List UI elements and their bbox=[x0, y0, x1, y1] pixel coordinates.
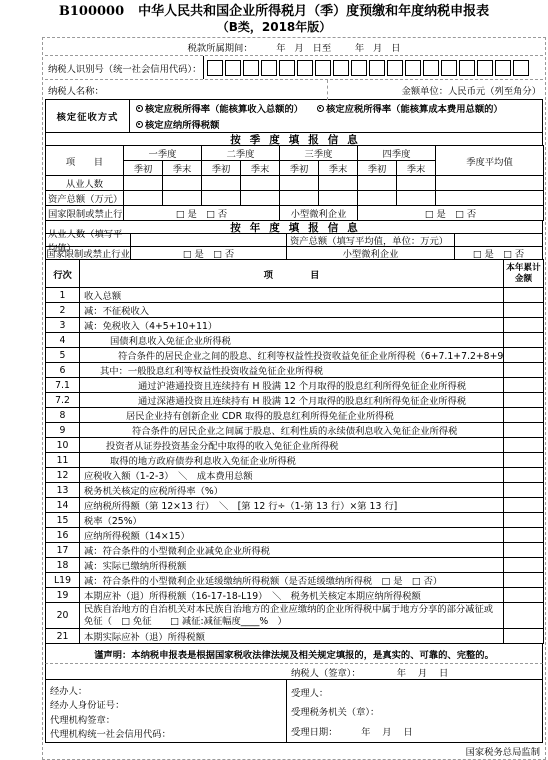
taxpayer-id-box[interactable] bbox=[477, 60, 493, 76]
table-row: 12应税收入额（1-2-3） ＼ 成本费用总额 bbox=[46, 468, 544, 483]
q2-header: 二季度 bbox=[202, 146, 280, 161]
col-header-item: 项 目 bbox=[80, 260, 504, 288]
row-number: 10 bbox=[46, 438, 80, 453]
taxpayer-id-box[interactable] bbox=[333, 60, 349, 76]
annual-row-2: 国家限制或禁止行业 □ 是 □ 否 小型微利企业 □ 是 □ 否 bbox=[45, 246, 543, 260]
row-number: 20 bbox=[46, 603, 80, 629]
levy-option-2[interactable]: 核定应税所得率（能核算成本费用总额的） bbox=[317, 101, 503, 115]
amount-cell[interactable] bbox=[504, 288, 544, 303]
taxpayer-id-box[interactable] bbox=[243, 60, 259, 76]
row-label: 税率（25%） bbox=[80, 513, 504, 528]
input-cell[interactable] bbox=[319, 191, 358, 206]
table-row: 6其中：一般股息红利等权益性投资收益免征企业所得税 bbox=[46, 363, 544, 378]
table-row: 14应纳税所得额（第 12×13 行） ＼ [第 12 行÷（1-第 13 行）… bbox=[46, 498, 544, 513]
sub-header-end: 季末 bbox=[241, 161, 280, 176]
row-label: 本期应补（退）所得税额（16-17-18-L19） ＼ 税务机关核定本期应纳所得… bbox=[80, 588, 504, 603]
input-cell[interactable] bbox=[319, 176, 358, 191]
amount-cell[interactable] bbox=[504, 483, 544, 498]
table-row: 16应纳所得税额（14×15） bbox=[46, 528, 544, 543]
row-number: 9 bbox=[46, 423, 80, 438]
table-row: L19减：符合条件的小型微利企业延缓缴纳所得税额（是否延缓缴纳所得税 □ 是 □… bbox=[46, 573, 544, 588]
taxpayer-id-box[interactable] bbox=[513, 60, 529, 76]
amount-cell[interactable] bbox=[504, 498, 544, 513]
taxpayer-id-box[interactable] bbox=[261, 60, 277, 76]
input-cell[interactable] bbox=[241, 176, 280, 191]
taxpayer-id-box[interactable] bbox=[297, 60, 313, 76]
row-number: L19 bbox=[46, 573, 80, 588]
col-header-row-no: 行次 bbox=[46, 260, 80, 288]
signature-date[interactable]: 年 月 日 bbox=[397, 665, 449, 679]
amount-cell[interactable] bbox=[504, 348, 544, 363]
row-number: 21 bbox=[46, 629, 80, 644]
amount-cell[interactable] bbox=[504, 378, 544, 393]
footer-line: 受理人： bbox=[291, 685, 542, 699]
radio-icon[interactable] bbox=[136, 121, 143, 128]
annual-small-micro-yes-no-checkboxes[interactable]: □ 是 □ 否 bbox=[454, 247, 542, 259]
levy-option-3[interactable]: 核定应纳所得税额 bbox=[136, 117, 219, 131]
amount-cell[interactable] bbox=[504, 513, 544, 528]
row-label: 居民企业持有创新企业 CDR 取得的股息红利所得免征企业所得税 bbox=[80, 408, 504, 423]
input-cell[interactable] bbox=[397, 191, 436, 206]
table-row: 21本期实际应补（退）所得税额 bbox=[46, 629, 544, 644]
row-number: 7.1 bbox=[46, 378, 80, 393]
form-code: B100000 bbox=[59, 4, 124, 19]
levy-method-label: 核定征收方式 bbox=[46, 100, 130, 133]
form-title: B100000中华人民共和国企业所得税月（季）度预缴和年度纳税申报表 bbox=[0, 4, 548, 20]
amount-cell[interactable] bbox=[504, 468, 544, 483]
tax-form-sheet: B100000中华人民共和国企业所得税月（季）度预缴和年度纳税申报表 （B类，2… bbox=[0, 0, 548, 741]
amount-cell[interactable] bbox=[504, 363, 544, 378]
input-cell[interactable] bbox=[202, 176, 241, 191]
table-row: 20民族自治地方的自治机关对本民族自治地方的企业应缴纳的企业所得税中属于地方分享… bbox=[46, 603, 544, 629]
sub-header-begin: 季初 bbox=[280, 161, 319, 176]
row-number: 3 bbox=[46, 318, 80, 333]
row-number: 6 bbox=[46, 363, 80, 378]
row-number: 13 bbox=[46, 483, 80, 498]
footer-line: 经办人： bbox=[50, 683, 286, 697]
form-title-block: B100000中华人民共和国企业所得税月（季）度预缴和年度纳税申报表 （B类，2… bbox=[0, 4, 548, 35]
quarter-average-header: 季度平均值 bbox=[436, 146, 544, 176]
row-label: 符合条件的居民企业之间属于股息、红利性质的永续债利息收入免征企业所得税 bbox=[80, 423, 504, 438]
row-number: 2 bbox=[46, 303, 80, 318]
row-label: 减：符合条件的小型微利企业延缓缴纳所得税额（是否延缓缴纳所得税 □ 是 □ 否） bbox=[80, 573, 504, 588]
input-cell[interactable] bbox=[280, 176, 319, 191]
taxpayer-id-box[interactable] bbox=[225, 60, 241, 76]
input-cell[interactable] bbox=[163, 191, 202, 206]
row-number: 15 bbox=[46, 513, 80, 528]
table-row: 10投资者从证券投资基金分配中取得的收入免征企业所得税 bbox=[46, 438, 544, 453]
row-label: 投资者从证券投资基金分配中取得的收入免征企业所得税 bbox=[80, 438, 504, 453]
q1-header: 一季度 bbox=[124, 146, 202, 161]
row-number: 14 bbox=[46, 498, 80, 513]
row-label: 减：实际已缴纳所得税额 bbox=[80, 558, 504, 573]
row-label: 其中：一般股息红利等权益性投资收益免征企业所得税 bbox=[80, 363, 504, 378]
row-label: 应纳所得税额（14×15） bbox=[80, 528, 504, 543]
footer-line: 代理机构统一社会信用代码： bbox=[50, 726, 286, 740]
taxpayer-id-row: 纳税人识别号（统一社会信用代码）： bbox=[45, 56, 543, 80]
form-subtitle: （B类，2018年版） bbox=[0, 20, 548, 35]
taxpayer-signature-label[interactable]: 纳税人（签章）： bbox=[291, 665, 361, 679]
row-number: 5 bbox=[46, 348, 80, 363]
taxpayer-id-box[interactable] bbox=[405, 60, 421, 76]
radio-icon[interactable] bbox=[317, 105, 324, 112]
amount-cell[interactable] bbox=[504, 558, 544, 573]
row-number: 1 bbox=[46, 288, 80, 303]
row-label: 减：符合条件的小型微利企业减免企业所得税 bbox=[80, 543, 504, 558]
row-number: 19 bbox=[46, 588, 80, 603]
amount-cell[interactable] bbox=[504, 318, 544, 333]
issuer-row: 国家税务总局监制 bbox=[45, 743, 543, 759]
row-label: 通过深港通投资且连续持有 H 股满 12 个月取得的股息红利所得免征企业所得税 bbox=[80, 393, 504, 408]
row-label: 本期实际应补（退）所得税额 bbox=[80, 629, 504, 644]
taxpayer-name-row: 纳税人名称： 金额单位：人民币元（列至角分） bbox=[45, 80, 543, 100]
table-row: 2减：不征税收入 bbox=[46, 303, 544, 318]
row-number: 4 bbox=[46, 333, 80, 348]
row-label: 减：免税收入（4+5+10+11） bbox=[80, 318, 504, 333]
row-number: 12 bbox=[46, 468, 80, 483]
row-label: 取得的地方政府债券利息收入免征企业所得税 bbox=[80, 453, 504, 468]
footer-line: 受理日期： 年 月 日 bbox=[291, 724, 542, 738]
levy-option-2-label: 核定应税所得率（能核算成本费用总额的） bbox=[326, 101, 503, 115]
amount-cell[interactable] bbox=[504, 588, 544, 603]
taxpayer-id-box[interactable] bbox=[315, 60, 331, 76]
row-number: 11 bbox=[46, 453, 80, 468]
taxpayer-id-box[interactable] bbox=[495, 60, 511, 76]
levy-option-1-label: 核定应税所得率（能核算收入总额的） bbox=[145, 101, 303, 115]
declaration-text: 谨声明：本纳税申报表是根据国家税收法律法规及相关规定填报的，是真实的、可靠的、完… bbox=[94, 647, 494, 661]
input-cell[interactable] bbox=[241, 191, 280, 206]
amount-cell[interactable] bbox=[504, 528, 544, 543]
row-label: 民族自治地方的自治机关对本民族自治地方的企业应缴纳的企业所得税中属于地方分享的部… bbox=[80, 603, 504, 629]
table-row: 13税务机关核定的应税所得率（%） bbox=[46, 483, 544, 498]
restricted-yes-no-checkboxes[interactable]: □ 是 □ 否 bbox=[124, 206, 280, 221]
taxpayer-id-box[interactable] bbox=[459, 60, 475, 76]
form-body: 核定征收方式 核定应税所得率（能核算收入总额的） 核定应税所得率（能核算成本费用… bbox=[45, 99, 543, 743]
input-cell[interactable] bbox=[130, 234, 286, 246]
taxpayer-name-label[interactable]: 纳税人名称： bbox=[45, 83, 327, 97]
input-cell[interactable] bbox=[280, 191, 319, 206]
small-micro-label: 小型微利企业 bbox=[280, 206, 358, 221]
input-cell[interactable] bbox=[397, 176, 436, 191]
annual-employees-label: 从业人数（填写平均值） bbox=[46, 234, 130, 246]
row-label: 收入总额 bbox=[80, 288, 504, 303]
annual-restricted-label: 国家限制或禁止行业 bbox=[46, 247, 130, 259]
signature-row: 纳税人（签章）： 年 月 日 bbox=[45, 664, 543, 680]
form-title-text: 中华人民共和国企业所得税月（季）度预缴和年度纳税申报表 bbox=[138, 4, 489, 19]
assets-row-label: 资产总额（万元） bbox=[46, 191, 124, 206]
table-row: 5符合条件的居民企业之间的股息、红利等权益性投资收益免征企业所得税（6+7.1+… bbox=[46, 348, 544, 363]
sub-header-begin: 季初 bbox=[202, 161, 241, 176]
table-row: 7.1通过沪港通投资且连续持有 H 股满 12 个月取得的股息红利所得免征企业所… bbox=[46, 378, 544, 393]
quarterly-section-title: 按季度填报信息 bbox=[45, 132, 543, 146]
taxpayer-id-box[interactable] bbox=[279, 60, 295, 76]
row-label: 减：不征税收入 bbox=[80, 303, 504, 318]
restricted-industry-label: 国家限制或禁止行业 bbox=[46, 206, 124, 221]
main-table-header: 行次 项 目 本年累计金额 bbox=[46, 260, 544, 288]
amount-cell[interactable] bbox=[504, 603, 544, 629]
row-number: 16 bbox=[46, 528, 80, 543]
table-row: 19本期应补（退）所得税额（16-17-18-L19） ＼ 税务机关核定本期应纳… bbox=[46, 588, 544, 603]
footer-line: 代理机构签章： bbox=[50, 712, 286, 726]
row-label: 应税收入额（1-2-3） ＼ 成本费用总额 bbox=[80, 468, 504, 483]
employees-row-label: 从业人数 bbox=[46, 176, 124, 191]
row-label: 应纳税所得额（第 12×13 行） ＼ [第 12 行÷（1-第 13 行）×第… bbox=[80, 498, 504, 513]
row-number: 18 bbox=[46, 558, 80, 573]
sub-header-end: 季末 bbox=[163, 161, 202, 176]
footer-block: 经办人：经办人身份证号：代理机构签章：代理机构统一社会信用代码： 受理人：受理税… bbox=[45, 679, 543, 743]
quarterly-table: 项 目 一季度 二季度 三季度 四季度 季度平均值 季初 季末 季初 季末 季初… bbox=[45, 145, 544, 221]
taxpayer-id-box[interactable] bbox=[369, 60, 385, 76]
input-cell[interactable] bbox=[124, 191, 163, 206]
issuer-text: 国家税务总局监制 bbox=[466, 744, 540, 758]
small-micro-yes-no-checkboxes[interactable]: □ 是 □ 否 bbox=[358, 206, 544, 221]
annual-row-1: 从业人数（填写平均值） 资产总额（填写平均值，单位：万元） bbox=[45, 233, 543, 247]
table-row: 15税率（25%） bbox=[46, 513, 544, 528]
main-table: 行次 项 目 本年累计金额 1收入总额2减：不征税收入3减：免税收入（4+5+1… bbox=[45, 259, 544, 644]
input-cell[interactable] bbox=[202, 191, 241, 206]
input-cell[interactable] bbox=[358, 176, 397, 191]
taxpayer-id-boxes[interactable] bbox=[203, 56, 543, 79]
taxpayer-id-box[interactable] bbox=[423, 60, 439, 76]
amount-cell[interactable] bbox=[504, 393, 544, 408]
row-label: 通过沪港通投资且连续持有 H 股满 12 个月取得的股息红利所得免征企业所得税 bbox=[80, 378, 504, 393]
amount-cell[interactable] bbox=[504, 408, 544, 423]
input-cell[interactable] bbox=[436, 176, 544, 191]
row-label: 税务机关核定的应税所得率（%） bbox=[80, 483, 504, 498]
amount-cell[interactable] bbox=[504, 453, 544, 468]
row-label: 国债利息收入免征企业所得税 bbox=[80, 333, 504, 348]
table-row: 8居民企业持有创新企业 CDR 取得的股息红利所得免征企业所得税 bbox=[46, 408, 544, 423]
table-row: 9符合条件的居民企业之间属于股息、红利性质的永续债利息收入免征企业所得税 bbox=[46, 423, 544, 438]
annual-restricted-yes-no-checkboxes[interactable]: □ 是 □ 否 bbox=[130, 247, 286, 259]
taxpayer-id-box[interactable] bbox=[207, 60, 223, 76]
sub-header-end: 季末 bbox=[319, 161, 358, 176]
footer-line: 经办人身份证号： bbox=[50, 697, 286, 711]
taxpayer-id-box[interactable] bbox=[387, 60, 403, 76]
input-cell[interactable] bbox=[454, 234, 542, 246]
amount-cell[interactable] bbox=[504, 333, 544, 348]
taxpayer-id-label: 纳税人识别号（统一社会信用代码）： bbox=[45, 61, 203, 75]
amount-cell[interactable] bbox=[504, 303, 544, 318]
quarterly-item-header: 项 目 bbox=[46, 146, 124, 176]
amount-cell[interactable] bbox=[504, 629, 544, 644]
table-row: 7.2通过深港通投资且连续持有 H 股满 12 个月取得的股息红利所得免征企业所… bbox=[46, 393, 544, 408]
footer-line: 受理税务机关（章）： bbox=[291, 704, 542, 718]
sub-header-begin: 季初 bbox=[358, 161, 397, 176]
q3-header: 三季度 bbox=[280, 146, 358, 161]
declaration-row: 谨声明：本纳税申报表是根据国家税收法律法规及相关规定填报的，是真实的、可靠的、完… bbox=[45, 643, 543, 664]
input-cell[interactable] bbox=[436, 191, 544, 206]
input-cell[interactable] bbox=[163, 176, 202, 191]
sub-header-end: 季末 bbox=[397, 161, 436, 176]
table-row: 18减：实际已缴纳所得税额 bbox=[46, 558, 544, 573]
amount-unit-label: 金额单位：人民币元（列至角分） bbox=[327, 80, 543, 100]
radio-icon[interactable] bbox=[136, 105, 143, 112]
levy-method-section: 核定征收方式 核定应税所得率（能核算收入总额的） 核定应税所得率（能核算成本费用… bbox=[45, 99, 543, 133]
q4-header: 四季度 bbox=[358, 146, 436, 161]
form-frame: 税款所属期间： 年 月 日至 年 月 日 纳税人识别号（统一社会信用代码）： 纳… bbox=[42, 37, 546, 760]
amount-cell[interactable] bbox=[504, 423, 544, 438]
tax-period-text: 税款所属期间： 年 月 日至 年 月 日 bbox=[188, 40, 401, 54]
taxpayer-id-box[interactable] bbox=[441, 60, 457, 76]
levy-option-1[interactable]: 核定应税所得率（能核算收入总额的） bbox=[136, 101, 303, 115]
acceptance-column[interactable]: 受理人：受理税务机关（章）：受理日期： 年 月 日 bbox=[286, 680, 542, 742]
table-row: 4国债利息收入免征企业所得税 bbox=[46, 333, 544, 348]
levy-option-3-label: 核定应纳所得税额 bbox=[145, 117, 219, 131]
annual-small-micro-label: 小型微利企业 bbox=[286, 247, 454, 259]
amount-cell[interactable] bbox=[504, 543, 544, 558]
table-row: 1收入总额 bbox=[46, 288, 544, 303]
sub-header-begin: 季初 bbox=[124, 161, 163, 176]
row-number: 8 bbox=[46, 408, 80, 423]
agent-column[interactable]: 经办人：经办人身份证号：代理机构签章：代理机构统一社会信用代码： bbox=[46, 680, 286, 742]
input-cell[interactable] bbox=[358, 191, 397, 206]
row-label: 符合条件的居民企业之间的股息、红利等权益性投资收益免征企业所得税（6+7.1+7… bbox=[80, 348, 504, 363]
amount-cell[interactable] bbox=[504, 438, 544, 453]
table-row: 11取得的地方政府债券利息收入免征企业所得税 bbox=[46, 453, 544, 468]
amount-cell[interactable] bbox=[504, 573, 544, 588]
col-header-amount: 本年累计金额 bbox=[504, 260, 544, 288]
row-number: 17 bbox=[46, 543, 80, 558]
taxpayer-id-box[interactable] bbox=[351, 60, 367, 76]
annual-assets-label: 资产总额（填写平均值，单位：万元） bbox=[286, 234, 454, 246]
input-cell[interactable] bbox=[124, 176, 163, 191]
table-row: 17减：符合条件的小型微利企业减免企业所得税 bbox=[46, 543, 544, 558]
row-number: 7.2 bbox=[46, 393, 80, 408]
table-row: 3减：免税收入（4+5+10+11） bbox=[46, 318, 544, 333]
tax-period-row[interactable]: 税款所属期间： 年 月 日至 年 月 日 bbox=[45, 38, 543, 56]
